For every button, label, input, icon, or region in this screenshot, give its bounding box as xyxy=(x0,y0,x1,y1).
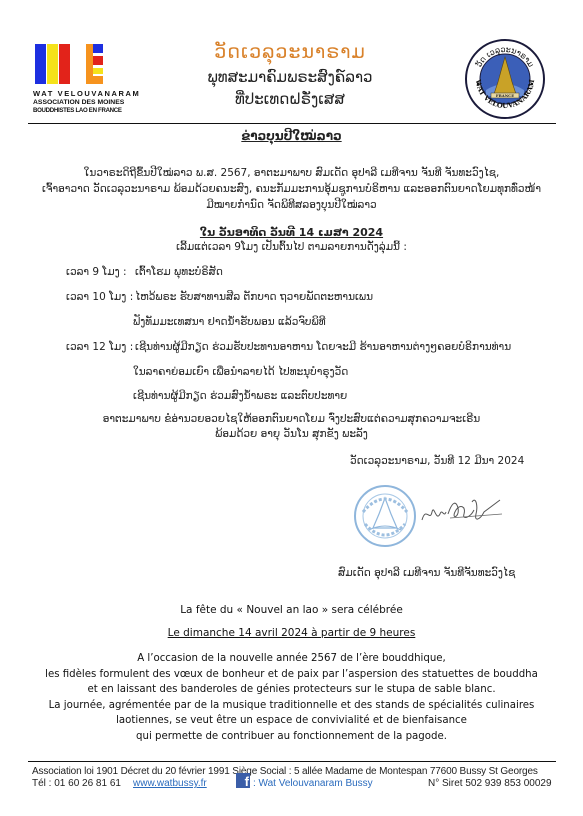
association-logo: WAT VELOUVANARAM ASSOCIATION DES MOINES … xyxy=(33,44,133,114)
schedule-item: ໄຫວ້ພຣະ ຮັບສາທານສີລ ຕັກບາດ ຖວາຍພັດຕະຫານເ… xyxy=(135,291,373,303)
french-paragraph-line: qui permette de contribuer au fonctionne… xyxy=(0,729,583,745)
signature-icon xyxy=(420,492,505,532)
french-paragraph-line: La journée, agrémentée par de la musique… xyxy=(0,698,583,714)
official-stamp-icon xyxy=(353,484,417,548)
lao-intro-line-2: ເຈົ້າອາວາດ ວັດເວລຸວະນາຣາມ ພ້ອມດ້ວຍຄນະສົງ… xyxy=(0,183,583,195)
lao-intro-line-1: ໃນວາຣະດິຖີຂຶ້ນປີໃໝ່ລາວ ພ.ສ. 2567, ອາຕະມາ… xyxy=(0,167,583,179)
svg-text:FRANCE: FRANCE xyxy=(496,93,514,98)
lao-event-date: ໃນ ວັນອາທິດ ວັນທີ 14 ເມສາ 2024 xyxy=(0,226,583,239)
schedule-item: ໃນລາຄາຍ່ອມເຍົາ ເພື່ອນຳລາຍໄດ້ ໄປທະນຸບຳຣຸງ… xyxy=(133,366,348,378)
country-lao: ທີ່ປະເທດຝຣັ່ງເສສ xyxy=(170,88,410,110)
temple-seal-icon: FRANCE ວັດ ເວລຸວະນາຣາມ WAT VELOUVANARAM xyxy=(464,38,546,120)
french-event-date: Le dimanche 14 avril 2024 à partir de 9 … xyxy=(0,627,583,639)
signer-name: ສົມເດັດ ອຸປາລີ ເມທີຈານ ຈັນທີຈັນທະວົງໄຊ xyxy=(338,567,515,579)
schedule-time-12: ເວລາ 12 ໂມງ : xyxy=(66,341,133,353)
lao-heading: ຂ່າວບຸນປີໃໝ່ລາວ xyxy=(0,129,583,143)
french-paragraph-line: et en laissant des banderoles de génies … xyxy=(0,682,583,698)
lao-start-line: ເລີ້ມແຕ່ເວລາ 9ໂມງ ເປັນຕົ້ນໄປ ຕາມລາຍການດັ… xyxy=(0,241,583,253)
place-and-date: ວັດເວລຸວະນາຣາມ, ວັນທີ 12 ມີນາ 2024 xyxy=(350,455,524,467)
lao-blessing-line-2: ພ້ອມດ້ວຍ ອາຍຸ ວັນໂນ ສຸກຂັງ ພະລັງ xyxy=(0,428,583,440)
facebook-icon[interactable]: f xyxy=(236,773,250,788)
footer-divider xyxy=(28,761,556,762)
french-paragraph-line: les fidèles formulent des vœux de bonheu… xyxy=(0,667,583,683)
schedule-item: ເຊີນທ່ານຜູ້ມີກຽດ ຮ່ວມສົງນ້ຳພຣະ ແລະຕົບປະທ… xyxy=(133,390,347,402)
schedule-time-9: ເວລາ 9 ໂມງ : xyxy=(66,266,127,278)
french-headline: La fête du « Nouvel an lao » sera célébr… xyxy=(0,604,583,616)
logo-name: WAT VELOUVANARAM xyxy=(33,89,133,98)
header-divider xyxy=(28,123,556,124)
schedule-item: ເຊີນທ່ານຜູ້ມີກຽດ ຮ່ວມຮັບປະທານອາຫານ ໂດຍຈະ… xyxy=(135,341,511,353)
lao-blessing-line-1: ອາຕະມາພາບ ຂໍອ່ານວຍອວຍໄຊໃຫ້ອອກຕົນຍາດໂຍມ ຈ… xyxy=(0,413,583,425)
footer-website-link[interactable]: www.watbussy.fr xyxy=(133,778,207,789)
schedule-time-10: ເວລາ 10 ໂມງ : xyxy=(66,291,133,303)
letterhead-title-block: ວັດເວລຸວະນາຣາມ ພຸທສະມາຄົມພຣະສົງຄ໌ລາວ ທີ່… xyxy=(170,40,410,110)
logo-subtitle-1: ASSOCIATION DES MOINES xyxy=(33,99,133,106)
footer-phone: Tél : 01 60 26 81 61 xyxy=(32,778,121,789)
french-paragraph-line: laotiennes, se veut être un espace de co… xyxy=(0,713,583,729)
association-name-lao: ພຸທສະມາຄົມພຣະສົງຄ໌ລາວ xyxy=(170,66,410,88)
schedule-item: ຟັງທັມມະເທສນາ ຢາດນ້ຳຮັບພອນ ແລ້ວຈົບພິທີ xyxy=(133,316,326,328)
lao-intro-line-3: ມີໝາຍກຳນົດ ຈັດພິທີສລອງບຸນປີໃໝ່ລາວ xyxy=(0,199,583,211)
logo-subtitle-2: BOUDDHISTES LAO EN FRANCE xyxy=(33,107,133,114)
schedule-item: ເຕົ້າໂຮມ ພຸທະບໍຣິສັດ xyxy=(135,266,223,278)
buddhist-flag-logo-icon xyxy=(35,44,105,84)
footer-siret: N° Siret 502 939 853 00029 xyxy=(428,778,552,789)
french-paragraph: A l’occasion de la nouvelle année 2567 d… xyxy=(0,651,583,745)
french-paragraph-line: A l’occasion de la nouvelle année 2567 d… xyxy=(0,651,583,667)
footer-legal-address: Association loi 1901 Décret du 20 févrie… xyxy=(32,766,538,777)
temple-name-lao: ວັດເວລຸວະນາຣາມ xyxy=(170,40,410,64)
footer-facebook-page[interactable]: : Wat Velouvanaram Bussy xyxy=(253,778,373,789)
